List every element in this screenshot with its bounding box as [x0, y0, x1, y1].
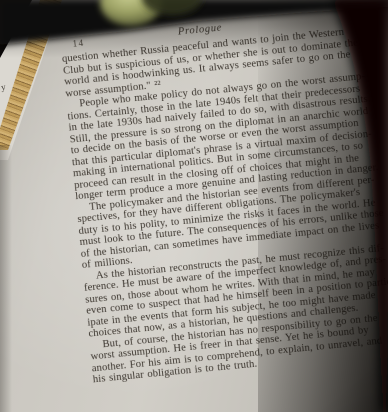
photo-of-book-page: y 14 Prologue question whether Russia pe… — [0, 0, 388, 412]
photo-vignette — [0, 0, 388, 412]
